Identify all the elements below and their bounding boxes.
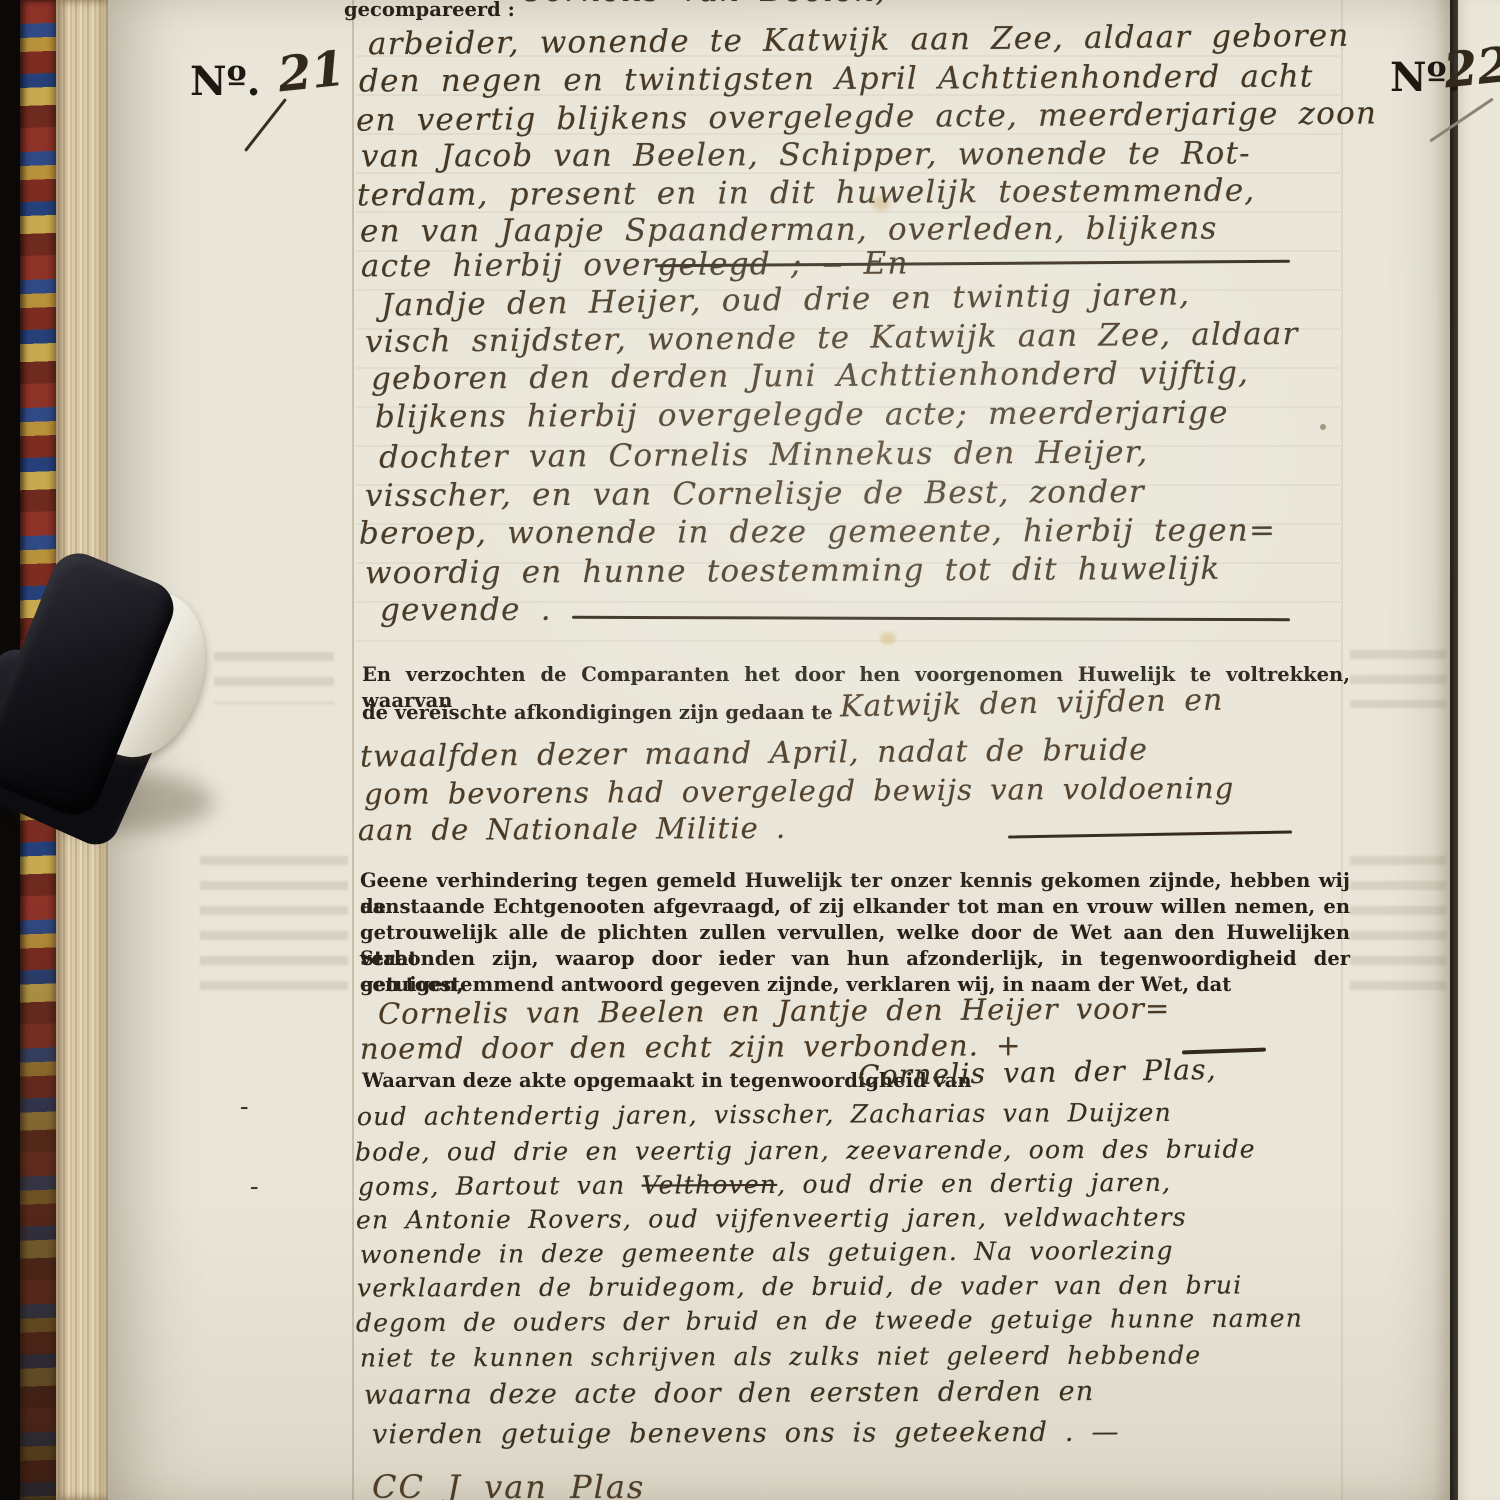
handwritten-line: dochter van Cornelis Minnekus den Heijer… (379, 434, 1149, 475)
printed-line: gecompareerd : (344, 0, 515, 23)
printed-line: aanstaande Echtgenooten afgevraagd, of z… (360, 894, 1350, 920)
handwritten-line: aan de Nationale Militie . (358, 811, 786, 847)
margin-dash: - (240, 1092, 250, 1121)
handwritten-line: gom bevorens had overgelegd bewijs van v… (364, 771, 1234, 811)
witness-name-struck: Velthoven (642, 1170, 778, 1200)
handwritten-line: goms, Bartout van Velthoven, oud drie en… (358, 1168, 1171, 1201)
handwritten-line: Cornelis van Beelen, (520, 0, 886, 9)
handwritten-line: en veertig blijkens overgelegde acte, me… (356, 95, 1377, 138)
handwritten-line: degom de ouders der bruid en de tweede g… (356, 1304, 1303, 1338)
act-number-left-printed: Nº. (190, 58, 261, 105)
handwritten-line: van Jacob van Beelen, Schipper, wonende … (361, 135, 1251, 174)
adjacent-page-sliver (1458, 0, 1500, 1500)
witness-line-post: , oud drie en dertig jaren, (777, 1168, 1171, 1199)
marbled-edge-shadow (20, 900, 60, 1500)
margin-dash: - (250, 1172, 260, 1201)
handwritten-line: Katwijk den vijfden en (840, 683, 1224, 725)
act-number-left-written: 21 (275, 41, 347, 104)
handwritten-line: geboren den derden Juni Achttienhonderd … (371, 355, 1249, 397)
handwritten-line: Cornelis van der Plas, (858, 1053, 1217, 1092)
handwritten-line: wonende in deze gemeente als getuigen. N… (360, 1236, 1174, 1269)
handwritten-line: vierden getuige benevens ons is geteeken… (372, 1417, 1120, 1451)
handwritten-line: en van Jaapje Spaanderman, overleden, bl… (360, 211, 1218, 250)
act-number-right-written: 22 (1441, 37, 1500, 100)
handwritten-line: bode, oud drie en veertig jaren, zeevare… (355, 1134, 1256, 1166)
handwritten-line: beroep, wonende in deze gemeente, hierbi… (359, 512, 1276, 551)
handwritten-line: niet te kunnen schrijven als zulks niet … (360, 1341, 1202, 1373)
signature: CC J van Plas (372, 1468, 645, 1500)
handwritten-line: waarna deze acte door den eersten derden… (364, 1376, 1095, 1411)
handwritten-line: blijkens hierbij overgelegde acte; meerd… (375, 395, 1229, 435)
handwritten-line: oud achtendertig jaren, visscher, Zachar… (357, 1098, 1172, 1131)
registry-book-scan: Nº. 21 Nº. 22 gecompareerd : Cornelis va… (0, 0, 1500, 1500)
handwritten-line: visscher, en van Cornelisje de Best, zon… (365, 474, 1145, 514)
printed-line: de vereischte afkondigingen zijn gedaan … (362, 700, 833, 726)
handwritten-line: twaalfden dezer maand April, nadat de br… (360, 733, 1148, 775)
handwritten-line: Cornelis van Beelen en Jantje den Heijer… (378, 991, 1170, 1031)
handwritten-line: en Antonie Rovers, oud vijfenveertig jar… (356, 1203, 1187, 1235)
handwritten-line: gevende . (380, 592, 552, 629)
handwritten-line: den negen en twintigsten April Achttienh… (359, 59, 1314, 100)
left-margin-rule (352, 0, 354, 1500)
page-holder-clip (0, 552, 224, 882)
right-margin-rule (1341, 0, 1343, 1500)
handwritten-line: verklaarden de bruidegom, de bruid, de v… (357, 1270, 1243, 1302)
witness-line-pre: goms, Bartout van (358, 1171, 642, 1201)
handwritten-line: woordig en hunne toestemming tot dit huw… (365, 551, 1221, 591)
handwritten-line: terdam, present en in dit huwelijk toest… (357, 173, 1256, 214)
